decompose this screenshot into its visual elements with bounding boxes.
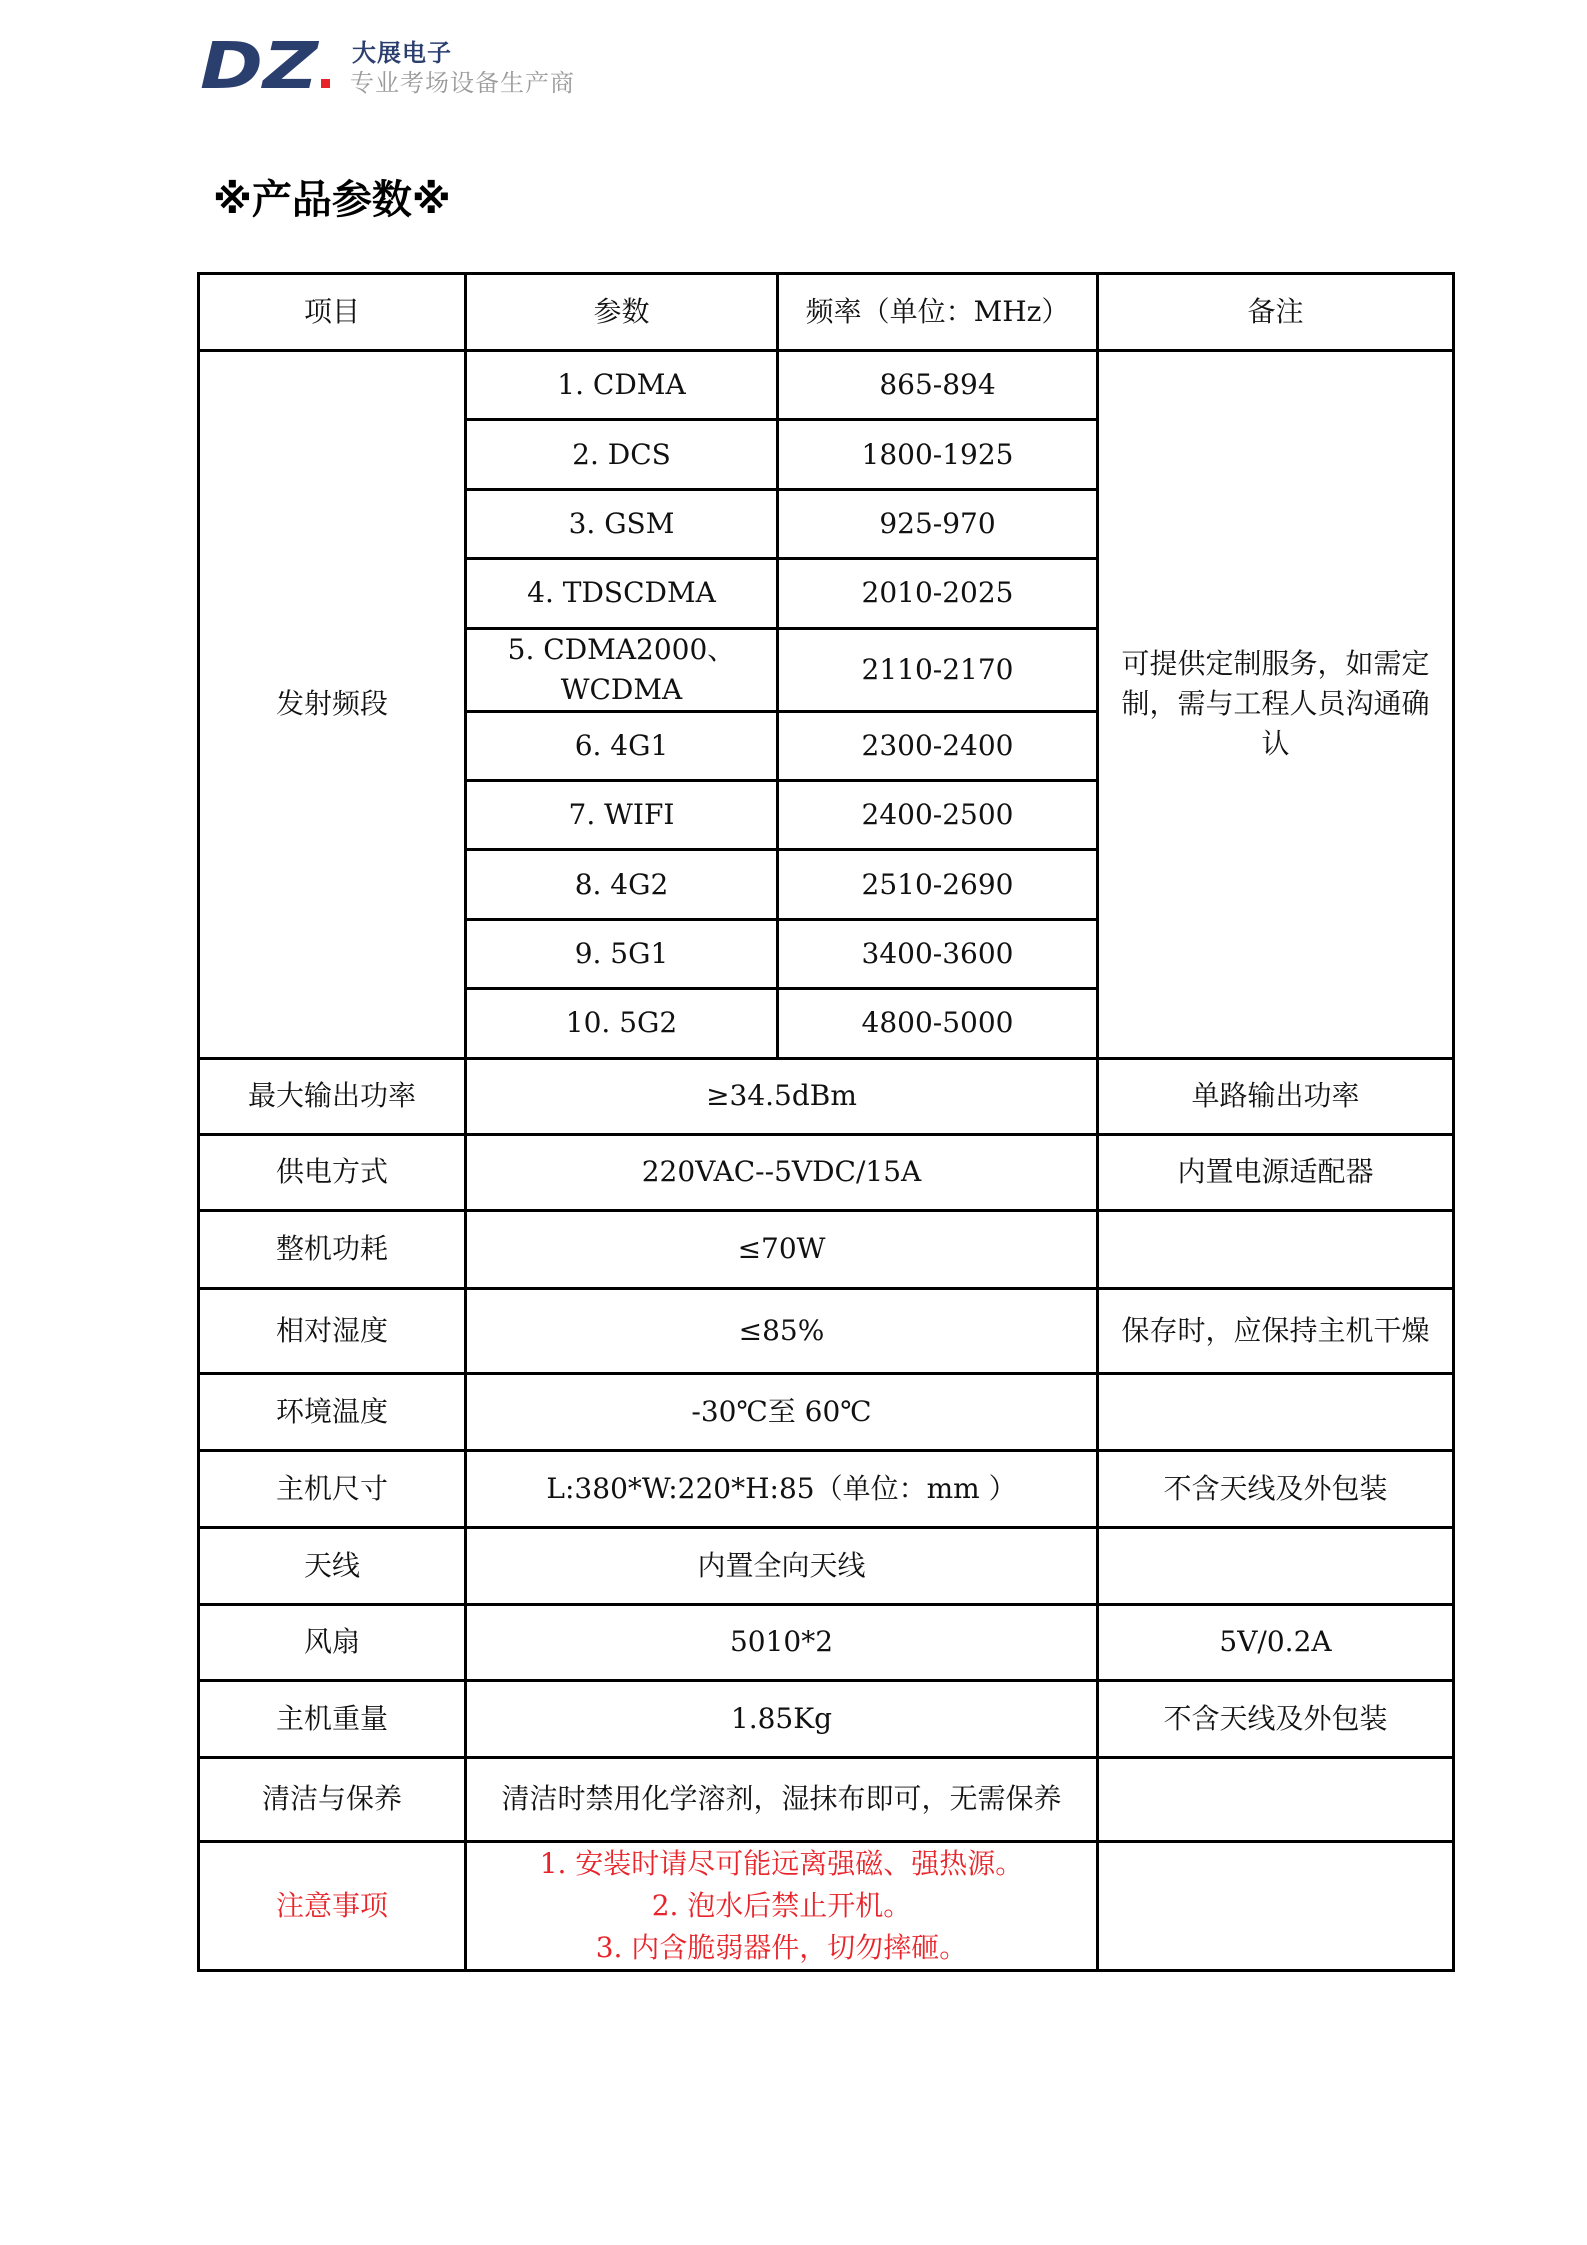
spec-remark: 5V/0.2A [1098, 1604, 1454, 1680]
spec-item: 相对湿度 [199, 1288, 466, 1373]
band-frequency: 925-970 [778, 489, 1098, 558]
band-name: 10. 5G2 [466, 989, 778, 1058]
spec-item: 环境温度 [199, 1373, 466, 1450]
spec-item: 供电方式 [199, 1134, 466, 1210]
header-cell: 频率（单位：MHz） [778, 274, 1098, 351]
spec-remark [1098, 1527, 1454, 1604]
spec-value: 内置全向天线 [466, 1527, 1098, 1604]
spec-item: 主机重量 [199, 1680, 466, 1757]
band-frequency: 865-894 [778, 351, 1098, 420]
spec-remark: 保存时，应保持主机干燥 [1098, 1288, 1454, 1373]
spec-table: 项目 参数 频率（单位：MHz） 备注 发射频段1. CDMA865-894可提… [197, 272, 1455, 1972]
band-frequency: 1800-1925 [778, 420, 1098, 489]
band-frequency: 2110-2170 [778, 628, 1098, 711]
band-frequency: 4800-5000 [778, 989, 1098, 1058]
spec-value: ≥34.5dBm [466, 1058, 1098, 1134]
brand-tagline: 专业考场设备生产商 [350, 63, 575, 98]
band-frequency: 2300-2400 [778, 711, 1098, 780]
spec-item: 风扇 [199, 1604, 466, 1680]
spec-row: 相对湿度≤85%保存时，应保持主机干燥 [199, 1288, 1454, 1373]
page-title: ※产品参数※ [213, 168, 451, 225]
dz-logo-icon: DZ [200, 32, 340, 94]
band-group-label: 发射频段 [199, 351, 466, 1059]
band-name: 1. CDMA [466, 351, 778, 420]
spec-value: ≤85% [466, 1288, 1098, 1373]
svg-text:DZ: DZ [200, 32, 320, 94]
spec-row: 清洁与保养清洁时禁用化学溶剂，湿抹布即可，无需保养 [199, 1757, 1454, 1841]
spec-row: 最大输出功率≥34.5dBm单路输出功率 [199, 1058, 1454, 1134]
spec-remark [1098, 1757, 1454, 1841]
spec-row: 环境温度-30℃至 60℃ [199, 1373, 1454, 1450]
spec-row: 风扇5010*25V/0.2A [199, 1604, 1454, 1680]
band-frequency: 2010-2025 [778, 559, 1098, 628]
band-name: 4. TDSCDMA [466, 559, 778, 628]
spec-item: 清洁与保养 [199, 1757, 466, 1841]
band-name: 6. 4G1 [466, 711, 778, 780]
spec-row: 主机重量1.85Kg不含天线及外包装 [199, 1680, 1454, 1757]
band-frequency: 2510-2690 [778, 850, 1098, 919]
header-cell: 备注 [1098, 274, 1454, 351]
band-name: 5. CDMA2000、WCDMA [466, 628, 778, 711]
table-header-row: 项目 参数 频率（单位：MHz） 备注 [199, 274, 1454, 351]
notes-label: 注意事项 [199, 1841, 466, 1970]
band-name: 8. 4G2 [466, 850, 778, 919]
band-name: 3. GSM [466, 489, 778, 558]
band-name: 7. WIFI [466, 780, 778, 849]
note-item: 3. 内含脆弱器件，切勿摔砸。 [477, 1927, 1086, 1969]
spec-value: -30℃至 60℃ [466, 1373, 1098, 1450]
spec-row: 供电方式220VAC--5VDC/15A内置电源适配器 [199, 1134, 1454, 1210]
spec-remark: 单路输出功率 [1098, 1058, 1454, 1134]
header-cell: 项目 [199, 274, 466, 351]
note-item: 2. 泡水后禁止开机。 [477, 1885, 1086, 1927]
spec-value: 清洁时禁用化学溶剂，湿抹布即可，无需保养 [466, 1757, 1098, 1841]
spec-row: 整机功耗≤70W [199, 1210, 1454, 1288]
band-name: 9. 5G1 [466, 919, 778, 988]
spec-row: 主机尺寸L:380*W:220*H:85（单位：mm ）不含天线及外包装 [199, 1450, 1454, 1527]
band-group-remark: 可提供定制服务，如需定制，需与工程人员沟通确认 [1098, 351, 1454, 1059]
notes-list: 1. 安装时请尽可能远离强磁、强热源。 2. 泡水后禁止开机。 3. 内含脆弱器… [466, 1841, 1098, 1970]
band-frequency: 3400-3600 [778, 919, 1098, 988]
spec-value: ≤70W [466, 1210, 1098, 1288]
notes-remark [1098, 1841, 1454, 1970]
band-frequency: 2400-2500 [778, 780, 1098, 849]
spec-item: 主机尺寸 [199, 1450, 466, 1527]
spec-remark [1098, 1373, 1454, 1450]
spec-item: 天线 [199, 1527, 466, 1604]
spec-value: 220VAC--5VDC/15A [466, 1134, 1098, 1210]
spec-item: 最大输出功率 [199, 1058, 466, 1134]
band-row: 发射频段1. CDMA865-894可提供定制服务，如需定制，需与工程人员沟通确… [199, 351, 1454, 420]
spec-remark: 不含天线及外包装 [1098, 1680, 1454, 1757]
spec-value: 5010*2 [466, 1604, 1098, 1680]
spec-row: 天线内置全向天线 [199, 1527, 1454, 1604]
spec-remark: 不含天线及外包装 [1098, 1450, 1454, 1527]
spec-item: 整机功耗 [199, 1210, 466, 1288]
note-item: 1. 安装时请尽可能远离强磁、强热源。 [477, 1843, 1086, 1885]
notes-row: 注意事项 1. 安装时请尽可能远离强磁、强热源。 2. 泡水后禁止开机。 3. … [199, 1841, 1454, 1970]
header-cell: 参数 [466, 274, 778, 351]
spec-remark: 内置电源适配器 [1098, 1134, 1454, 1210]
band-name: 2. DCS [466, 420, 778, 489]
spec-value: L:380*W:220*H:85（单位：mm ） [466, 1450, 1098, 1527]
spec-remark [1098, 1210, 1454, 1288]
spec-value: 1.85Kg [466, 1680, 1098, 1757]
